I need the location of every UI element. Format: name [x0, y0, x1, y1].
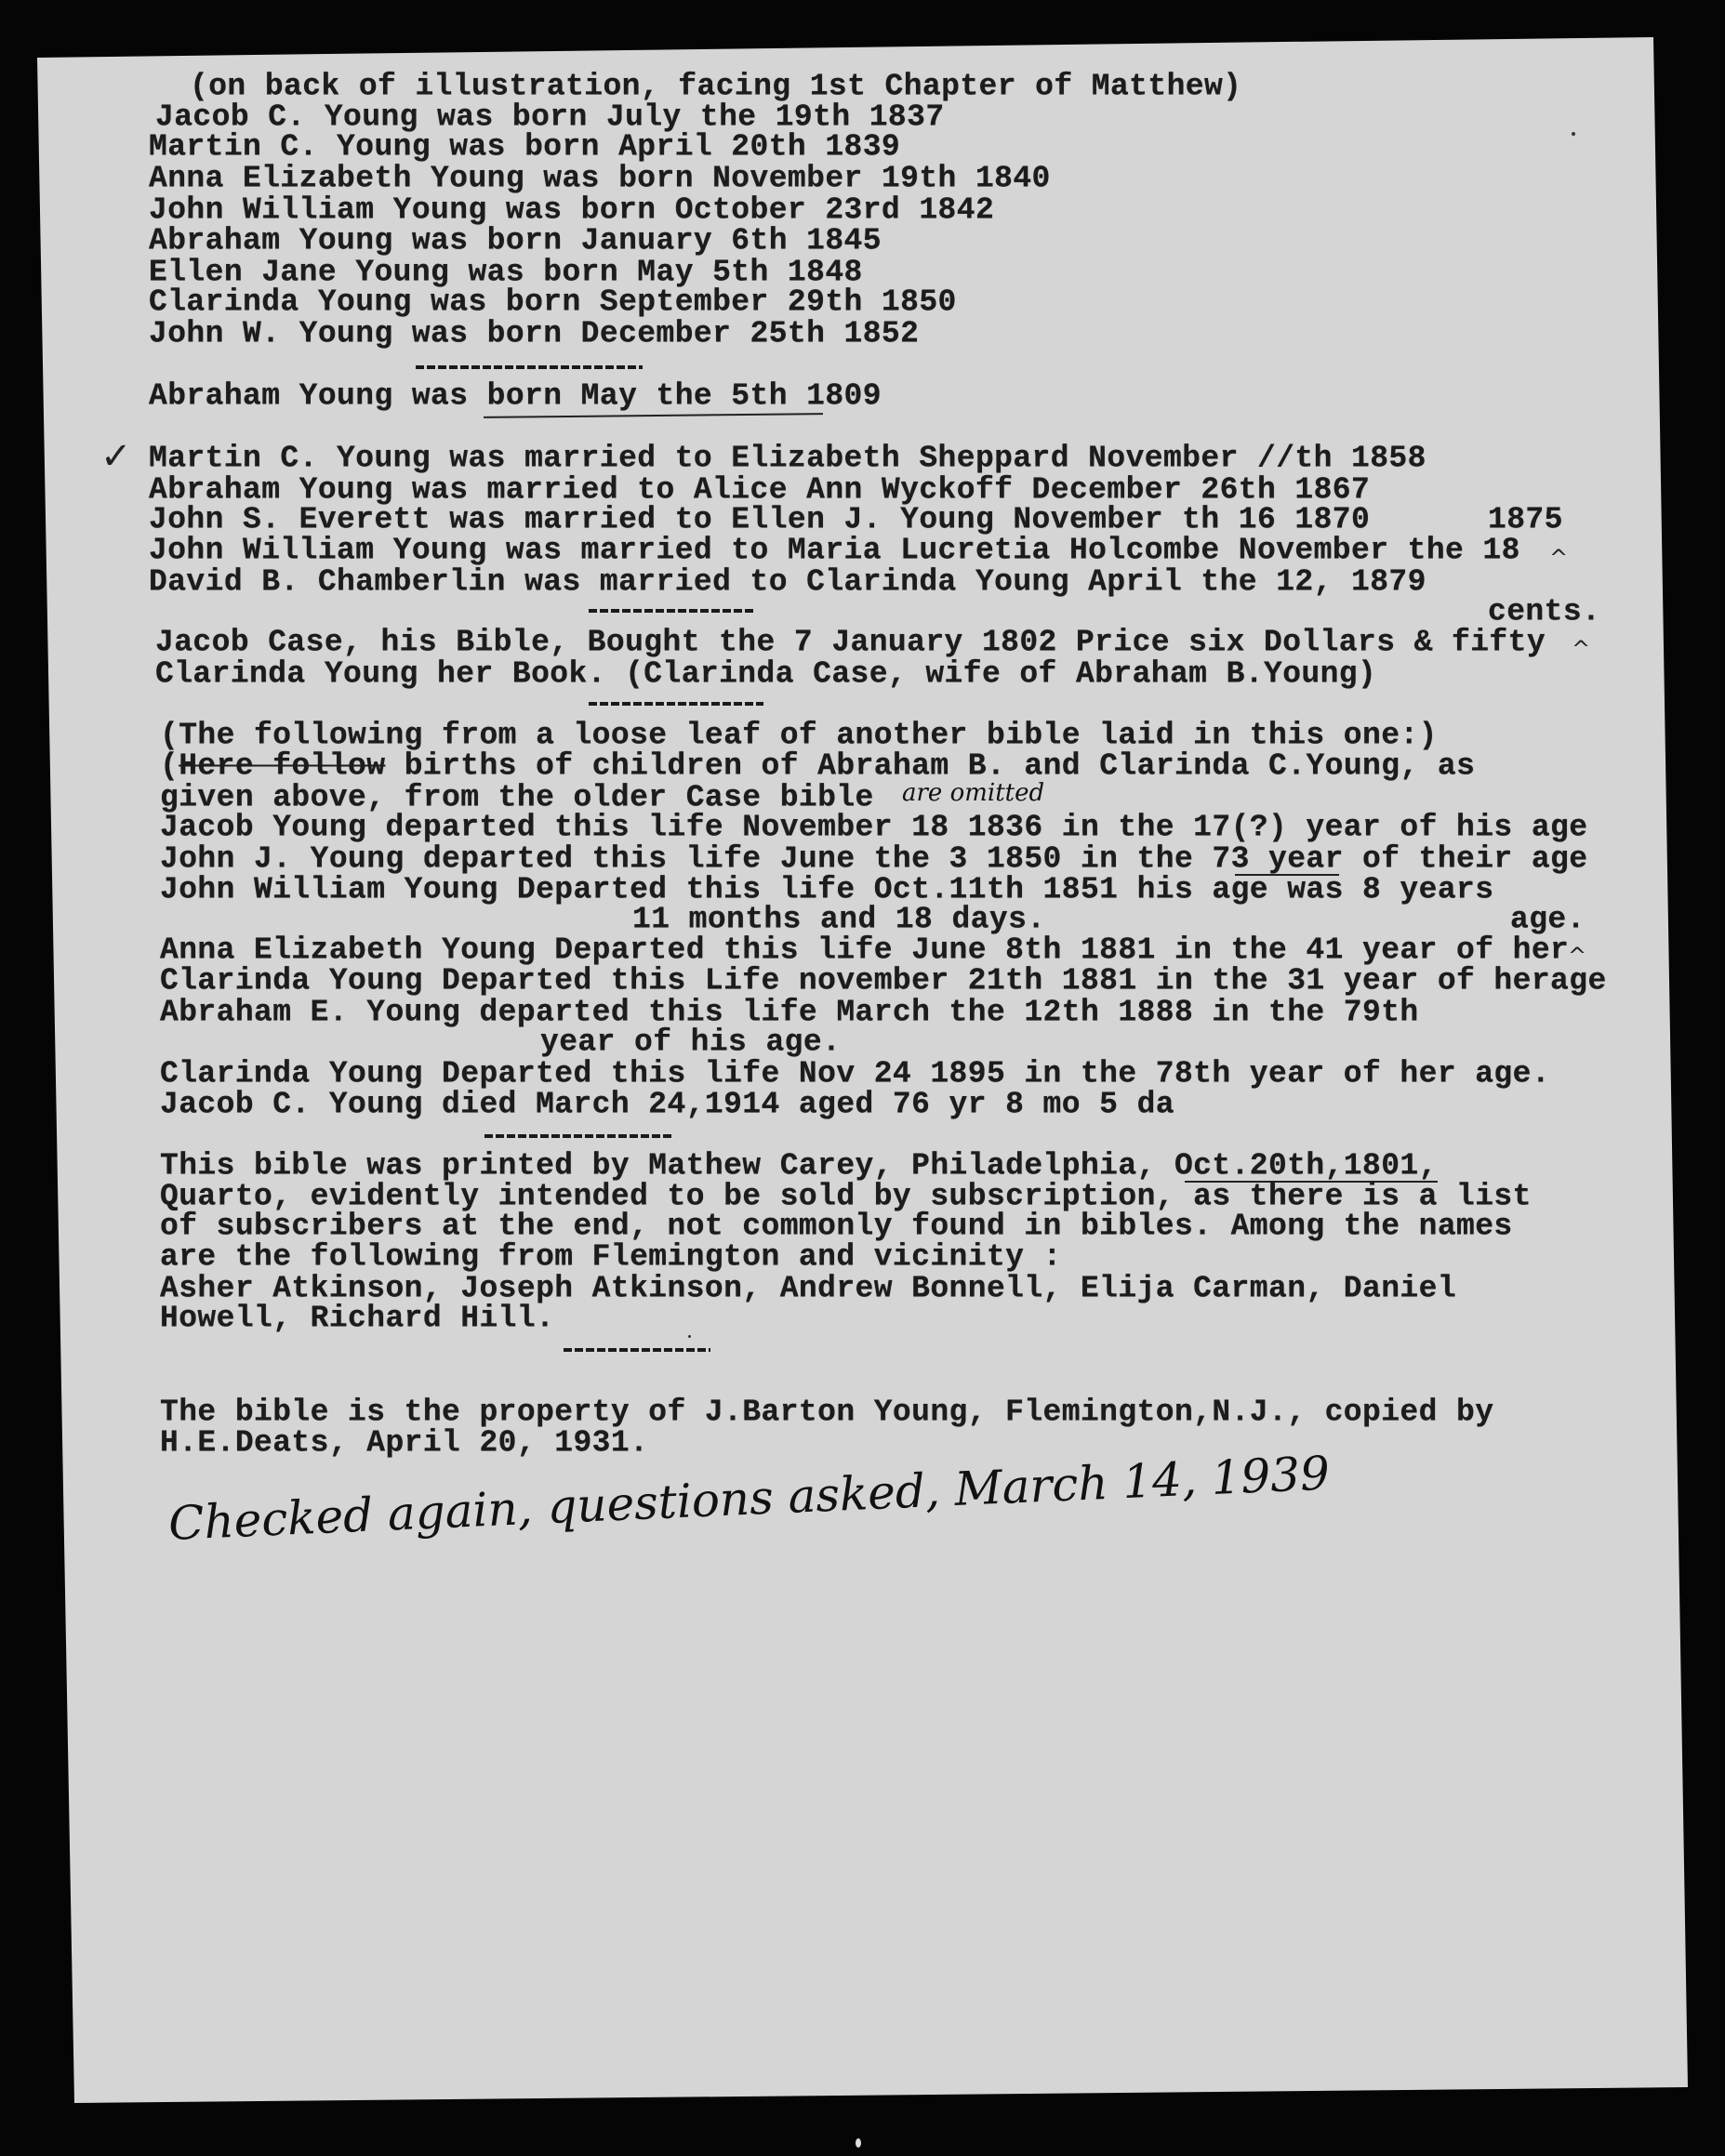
marriage-record: John William Young was married to Maria … — [149, 536, 1520, 566]
marriage-year-insert: 1875 — [1488, 505, 1563, 536]
death-record-continued: 11 months and 18 days. — [632, 905, 1045, 935]
death-record: Jacob Young departed this life November … — [160, 813, 1587, 843]
death-record: John J. Young departed this life June th… — [160, 844, 1587, 875]
father-birth-record: Abraham Young was born May the 5th 1809 — [149, 381, 882, 412]
separator-line — [589, 609, 754, 613]
loose-leaf-note: (Here follow births of children of Abrah… — [160, 751, 1475, 782]
paper-speck — [688, 1335, 691, 1338]
marriage-record: David B. Chamberlin was married to Clari… — [149, 567, 1426, 598]
header-note: (on back of illustration, facing 1st Cha… — [190, 72, 1241, 102]
marriage-record: Abraham Young was married to Alice Ann W… — [149, 475, 1370, 506]
birth-record: John W. Young was born December 25th 185… — [149, 319, 919, 350]
caret-icon: ^ — [1572, 636, 1590, 662]
caret-icon: ^ — [1549, 545, 1568, 571]
birth-record: Anna Elizabeth Young was born November 1… — [149, 164, 1051, 194]
death-record: John William Young Departed this life Oc… — [160, 875, 1493, 906]
printing-note: This bible was printed by Mathew Carey, … — [160, 1151, 1438, 1182]
handwritten-insert: are omitted — [902, 779, 1044, 807]
death-record: Jacob C. Young died March 24,1914 aged 7… — [160, 1090, 1174, 1120]
separator-line — [589, 702, 763, 706]
death-record: Anna Elizabeth Young Departed this life … — [160, 935, 1569, 966]
ownership-note: H.E.Deats, April 20, 1931. — [160, 1428, 648, 1459]
purchase-record: Jacob Case, his Bible, Bought the 7 Janu… — [155, 628, 1546, 658]
marriage-record: Martin C. Young was married to Elizabeth… — [149, 443, 1426, 474]
printing-note: Quarto, evidently intended to be sold by… — [160, 1182, 1532, 1212]
birth-record: Clarinda Young was born September 29th 1… — [149, 287, 957, 318]
subscriber-names: Howell, Richard Hill. — [160, 1303, 554, 1334]
death-record: Clarinda Young Departed this life Nov 24… — [160, 1059, 1550, 1090]
separator-line — [564, 1348, 710, 1352]
separator-line — [416, 365, 643, 369]
paper-speck — [856, 2138, 861, 2148]
separator-line — [484, 1134, 671, 1138]
printing-note: of subscribers at the end, not commonly … — [160, 1211, 1513, 1242]
loose-leaf-intro: (The following from a loose leaf of anot… — [160, 721, 1438, 751]
loose-leaf-note: given above, from the older Case bible — [160, 783, 874, 813]
birth-record: Ellen Jane Young was born May 5th 1848 — [149, 258, 863, 288]
ownership-note: The bible is the property of J.Barton Yo… — [160, 1397, 1493, 1428]
marriage-record: John S. Everett was married to Ellen J. … — [149, 505, 1370, 536]
birth-record: John William Young was born October 23rd… — [149, 195, 994, 226]
checkmark-icon: ✓ — [100, 435, 132, 478]
birth-record: Abraham Young was born January 6th 1845 — [149, 226, 882, 257]
cents-insert: cents. — [1488, 597, 1600, 628]
births-note: births of children of Abraham B. and Cla… — [405, 749, 1476, 784]
age-insert: age. — [1510, 905, 1586, 935]
death-record-continued: year of his age. — [540, 1027, 841, 1058]
printing-note: are the following from Flemington and vi… — [160, 1242, 1062, 1273]
death-record: Abraham E. Young departed this life Marc… — [160, 998, 1419, 1028]
birth-record: Martin C. Young was born April 20th 1839 — [149, 132, 900, 163]
birth-record: Jacob C. Young was born July the 19th 18… — [155, 102, 945, 133]
paper-speck — [1572, 132, 1575, 136]
purchase-record: Clarinda Young her Book. (Clarinda Case,… — [155, 659, 1376, 690]
death-record: Clarinda Young Departed this Life novemb… — [160, 966, 1607, 997]
subscriber-names: Asher Atkinson, Joseph Atkinson, Andrew … — [160, 1274, 1456, 1304]
struck-text: Here follow — [179, 749, 385, 784]
